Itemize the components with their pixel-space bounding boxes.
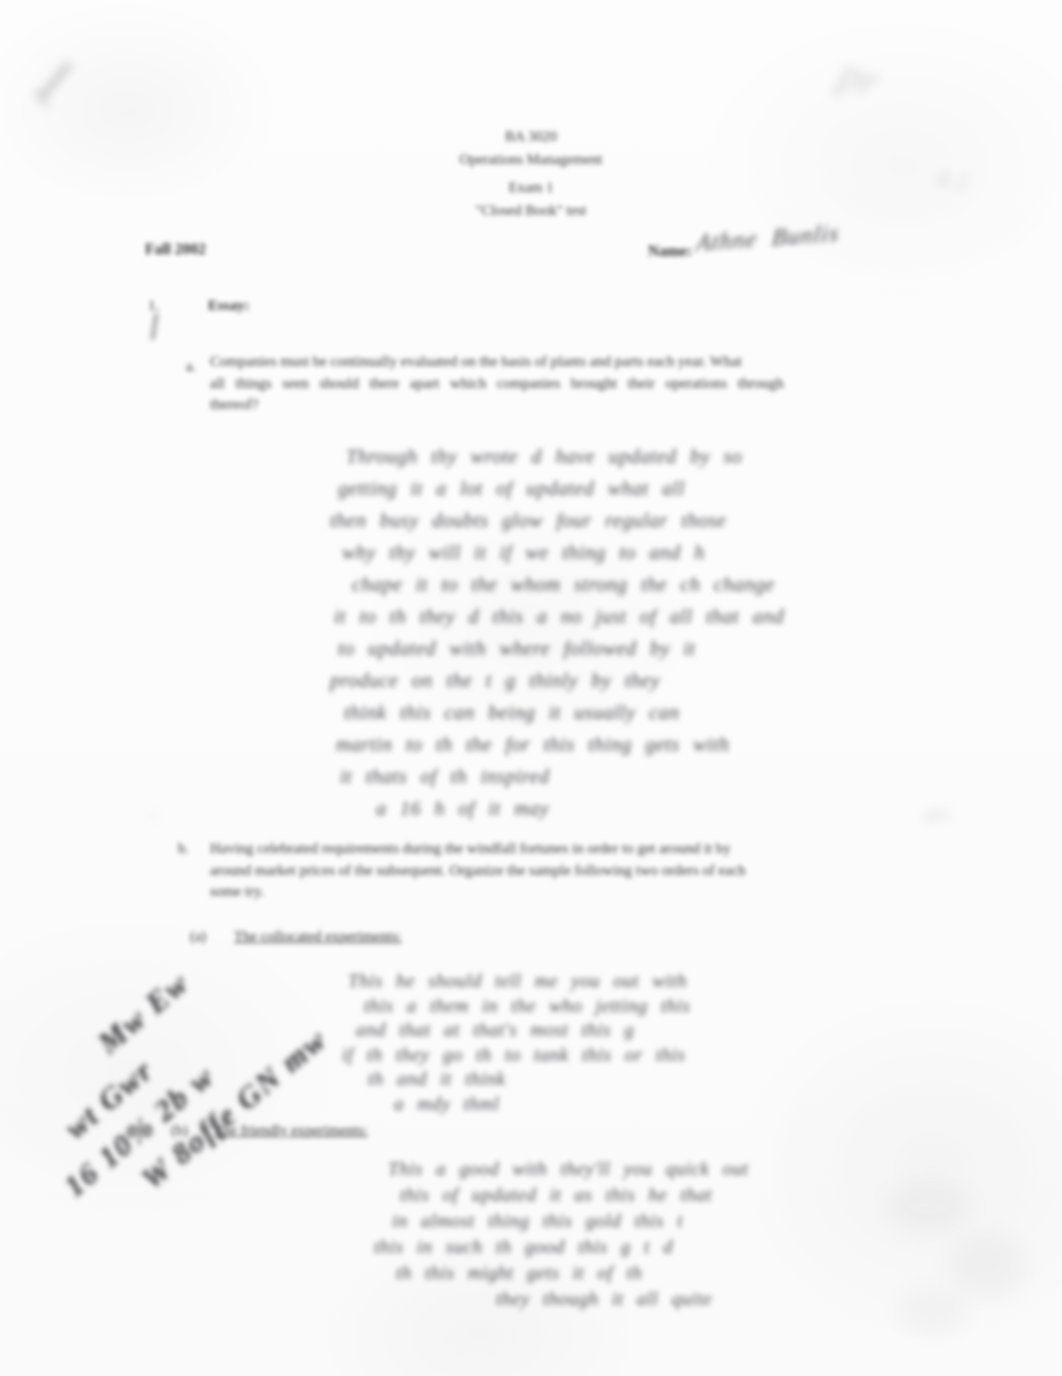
lower-right-smudge <box>898 1288 968 1334</box>
handwriting-line: in almost thing this gold this t <box>392 1209 748 1235</box>
handwriting-line: it thats of th inspired <box>340 761 784 793</box>
handwriting-line: th and it think <box>368 1068 690 1093</box>
right-margin-pencil-scribble: uv. <box>923 797 955 830</box>
question-1-intro-word: Essay: <box>208 298 250 315</box>
question-1a-prompt: Companies must be continually evaluated … <box>210 352 910 417</box>
header-course-code: BA 3020 <box>0 126 1062 149</box>
prompt-line: Having celebrated requirements during th… <box>210 839 910 861</box>
handwriting-line: produce on the t g thinly by they <box>330 665 784 697</box>
handwriting-line: this a them in the who jetting this <box>364 995 690 1020</box>
top-left-pencil-check-mark <box>38 61 72 100</box>
question-1b-label: b. <box>178 841 189 858</box>
handwriting-line: chape it to the whom strong the ch chang… <box>352 569 784 601</box>
part-b-heading: The friendly experiments: <box>214 1123 368 1140</box>
handwriting-line: to updated with where followed by it <box>338 633 784 665</box>
handwriting-line: and that at that's most this g <box>356 1019 690 1044</box>
prompt-line: all things seen should there apart which… <box>210 374 910 396</box>
header-exam-number: Exam 1 <box>0 177 1062 200</box>
lower-right-smudge <box>884 1180 974 1235</box>
header-course-title: Operations Management <box>0 149 1062 172</box>
part-b-handwritten-answer: This a good with they'll you quick out t… <box>388 1157 748 1313</box>
question-1a-label: a. <box>186 359 196 376</box>
part-b-label: (b) <box>171 1123 188 1140</box>
handwriting-line: Through thy wrote d have updated by so <box>346 441 784 473</box>
handwriting-line: a mdy thml <box>394 1093 690 1118</box>
name-label: Name: <box>648 243 692 261</box>
handwriting-line: th this might gets it of th <box>396 1261 748 1287</box>
exam-header: BA 3020 Operations Management Exam 1 "Cl… <box>0 126 1062 223</box>
handwriting-line: martin to th the for this thing gets wit… <box>336 729 784 761</box>
handwriting-line: if th they go th to tank this or this <box>342 1044 690 1069</box>
header-exam-type: "Closed Book" test <box>0 200 1062 223</box>
handwriting-line: why thy will it if we thing to and h <box>342 537 784 569</box>
faint-pencil-mark-left-of-b: s <box>150 804 157 825</box>
handwriting-line: This a good with they'll you quick out <box>388 1157 748 1183</box>
handwriting-line: a 16 h of it may <box>376 793 784 825</box>
student-signature-handwritten: Athne Bunlis <box>695 221 840 258</box>
handwriting-line: this of updated it as this he that <box>400 1183 748 1209</box>
scanned-exam-page: { "scan_note": "Low-resolution blurred p… <box>0 0 1062 1376</box>
prompt-line: Companies must be continually evaluated … <box>210 352 910 374</box>
grade-tick-under-question-number <box>151 313 158 340</box>
prompt-line: thereof? <box>210 395 910 417</box>
handwriting-line: getting it a lot of updated what all <box>338 473 784 505</box>
term-label: Fall 2002 <box>145 241 206 259</box>
handwriting-line: then busy doubts glow four regular those <box>330 505 784 537</box>
handwriting-line: think this can being it usually can <box>344 697 784 729</box>
handwriting-line: they though it all quite <box>496 1287 748 1313</box>
lower-right-smudge <box>948 1232 1028 1298</box>
question-1a-handwritten-answer: Through thy wrote d have updated by so g… <box>330 441 784 825</box>
handwriting-line: it to th they d this a no just of all th… <box>334 601 784 633</box>
top-right-pencil-scribble-upper: pr <box>833 47 886 108</box>
handwriting-line: this in such th good this g t d <box>374 1235 748 1261</box>
